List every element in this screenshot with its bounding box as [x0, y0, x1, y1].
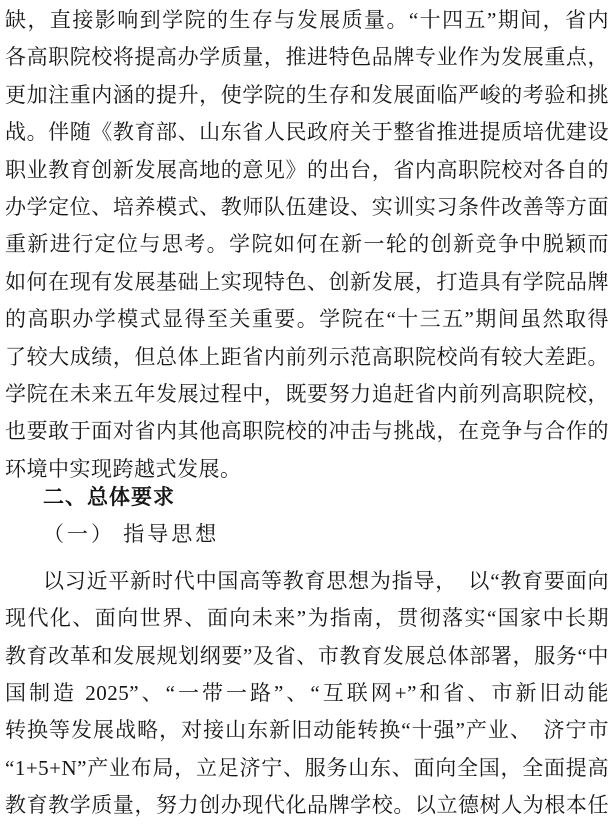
text-line: 的高职办学模式显得至关重要。学院在“十三五”期间虽然取得 [5, 301, 609, 338]
paragraph-continuation: 缺，直接影响到学院的生存与发展质量。“十四五”期间，省内 各高职院校将提高办学质… [5, 2, 609, 488]
document-page: 缺，直接影响到学院的生存与发展质量。“十四五”期间，省内 各高职院校将提高办学质… [0, 0, 615, 834]
paragraph-guiding-ideology: 以习近平新时代中国高等教育思想为指导， 以“教育要面向 现代化、面向世界、面向未… [5, 563, 609, 825]
text-line: 也要敢于面对省内其他高职院校的冲击与挑战，在竞争与合作的 [5, 413, 609, 450]
text-line: 教育改革和发展规划纲要”及省、市教育发展总体部署，服务“中 [5, 638, 609, 675]
text-line: 以习近平新时代中国高等教育思想为指导， 以“教育要面向 [5, 563, 609, 600]
text-line: 缺，直接影响到学院的生存与发展质量。“十四五”期间，省内 [5, 2, 609, 39]
text-line: 教育教学质量，努力创办现代化品牌学校。以立德树人为根本任 [5, 787, 609, 824]
text-line: 办学定位、培养模式、教师队伍建设、实训实习条件改善等方面 [5, 189, 609, 226]
text-line: 了较大成绩，但总体上距省内前列示范高职院校尚有较大差距。 [5, 339, 609, 376]
text-line: 更加注重内涵的提升，使学院的生存和发展面临严峻的考验和挑 [5, 77, 609, 114]
subsection-heading: （一） 指导思想 [5, 516, 609, 553]
text-line: 现代化、面向世界、面向未来”为指南，贯彻落实“国家中长期 [5, 600, 609, 637]
text-line: 各高职院校将提高办学质量，推进特色品牌专业作为发展重点， [5, 39, 609, 76]
text-line: 职业教育创新发展高地的意见》的出台，省内高职院校对各自的 [5, 152, 609, 189]
text-line: 重新进行定位与思考。学院如何在新一轮的创新竞争中脱颖而出， [5, 226, 609, 263]
text-column: 缺，直接影响到学院的生存与发展质量。“十四五”期间，省内 各高职院校将提高办学质… [5, 2, 609, 825]
section-heading: 二、总体要求 [5, 479, 609, 516]
text-line: 国制造 2025”、“一带一路”、“互联网+”和省、市新旧动能 [5, 675, 609, 712]
text-line: 转换等发展战略，对接山东新旧动能转换“十强”产业、 济宁市 [5, 712, 609, 749]
text-line: 战。伴随《教育部、山东省人民政府关于整省推进提质培优建设 [5, 114, 609, 151]
text-line: 如何在现有发展基础上实现特色、创新发展，打造具有学院品牌 [5, 264, 609, 301]
text-line: 学院在未来五年发展过程中，既要努力追赶省内前列高职院校， [5, 376, 609, 413]
text-line: “1+5+N”产业布局，立足济宁、服务山东、面向全国，全面提高 [5, 750, 609, 787]
